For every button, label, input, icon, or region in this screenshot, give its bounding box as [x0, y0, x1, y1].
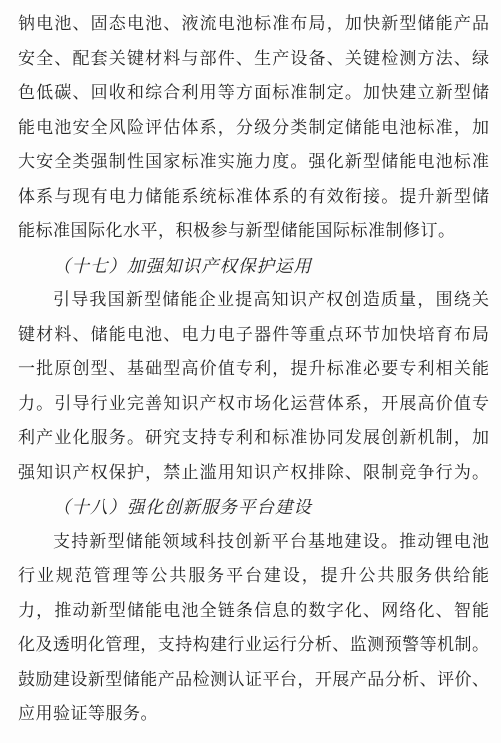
text-line: 引导我国新型储能企业提高知识产权创造质量，围绕关 [18, 283, 489, 318]
text-line: 体系与现有电力储能系统标准体系的有效衔接。提升新型储 [18, 180, 489, 215]
text-line: 利产业化服务。研究支持专利和标准协同发展创新机制，加 [18, 421, 489, 456]
text-line: 强知识产权保护，禁止滥用知识产权排除、限制竞争行为。 [18, 456, 489, 491]
text-line: 一批原创型、基础型高价值专利，提升标准必要专利相关能 [18, 352, 489, 387]
text-line: 钠电池、固态电池、液流电池标准布局，加快新型储能产品 [18, 7, 489, 42]
section-heading: （十七）加强知识产权保护运用 [18, 249, 489, 284]
text-line: 行业规范管理等公共服务平台建设，提升公共服务供给能 [18, 559, 489, 594]
text-line: 支持新型储能领域科技创新平台基地建设。推动锂电池 [18, 525, 489, 560]
text-line: 能电池安全风险评估体系，分级分类制定储能电池标准，加 [18, 111, 489, 146]
text-line: 键材料、储能电池、电力电子器件等重点环节加快培育布局 [18, 318, 489, 353]
text-line: 应用验证等服务。 [18, 697, 489, 732]
text-line: 鼓励建设新型储能产品检测认证平台，开展产品分析、评价、 [18, 663, 489, 698]
text-line: 安全、配套关键材料与部件、生产设备、关键检测方法、绿 [18, 42, 489, 77]
text-line: 力。引导行业完善知识产权市场化运营体系，开展高价值专 [18, 387, 489, 422]
section-heading: （十八）强化创新服务平台建设 [18, 490, 489, 525]
text-line: 力，推动新型储能电池全链条信息的数字化、网络化、智能 [18, 594, 489, 629]
document-page: 钠电池、固态电池、液流电池标准布局，加快新型储能产品安全、配套关键材料与部件、生… [0, 0, 501, 743]
text-line: 化及透明化管理，支持构建行业运行分析、监测预警等机制。 [18, 628, 489, 663]
document-body: 钠电池、固态电池、液流电池标准布局，加快新型储能产品安全、配套关键材料与部件、生… [18, 7, 489, 732]
text-line: 色低碳、回收和综合利用等方面标准制定。加快建立新型储 [18, 76, 489, 111]
text-line: 大安全类强制性国家标准实施力度。强化新型储能电池标准 [18, 145, 489, 180]
text-line: 能标准国际化水平，积极参与新型储能国际标准制修订。 [18, 214, 489, 249]
